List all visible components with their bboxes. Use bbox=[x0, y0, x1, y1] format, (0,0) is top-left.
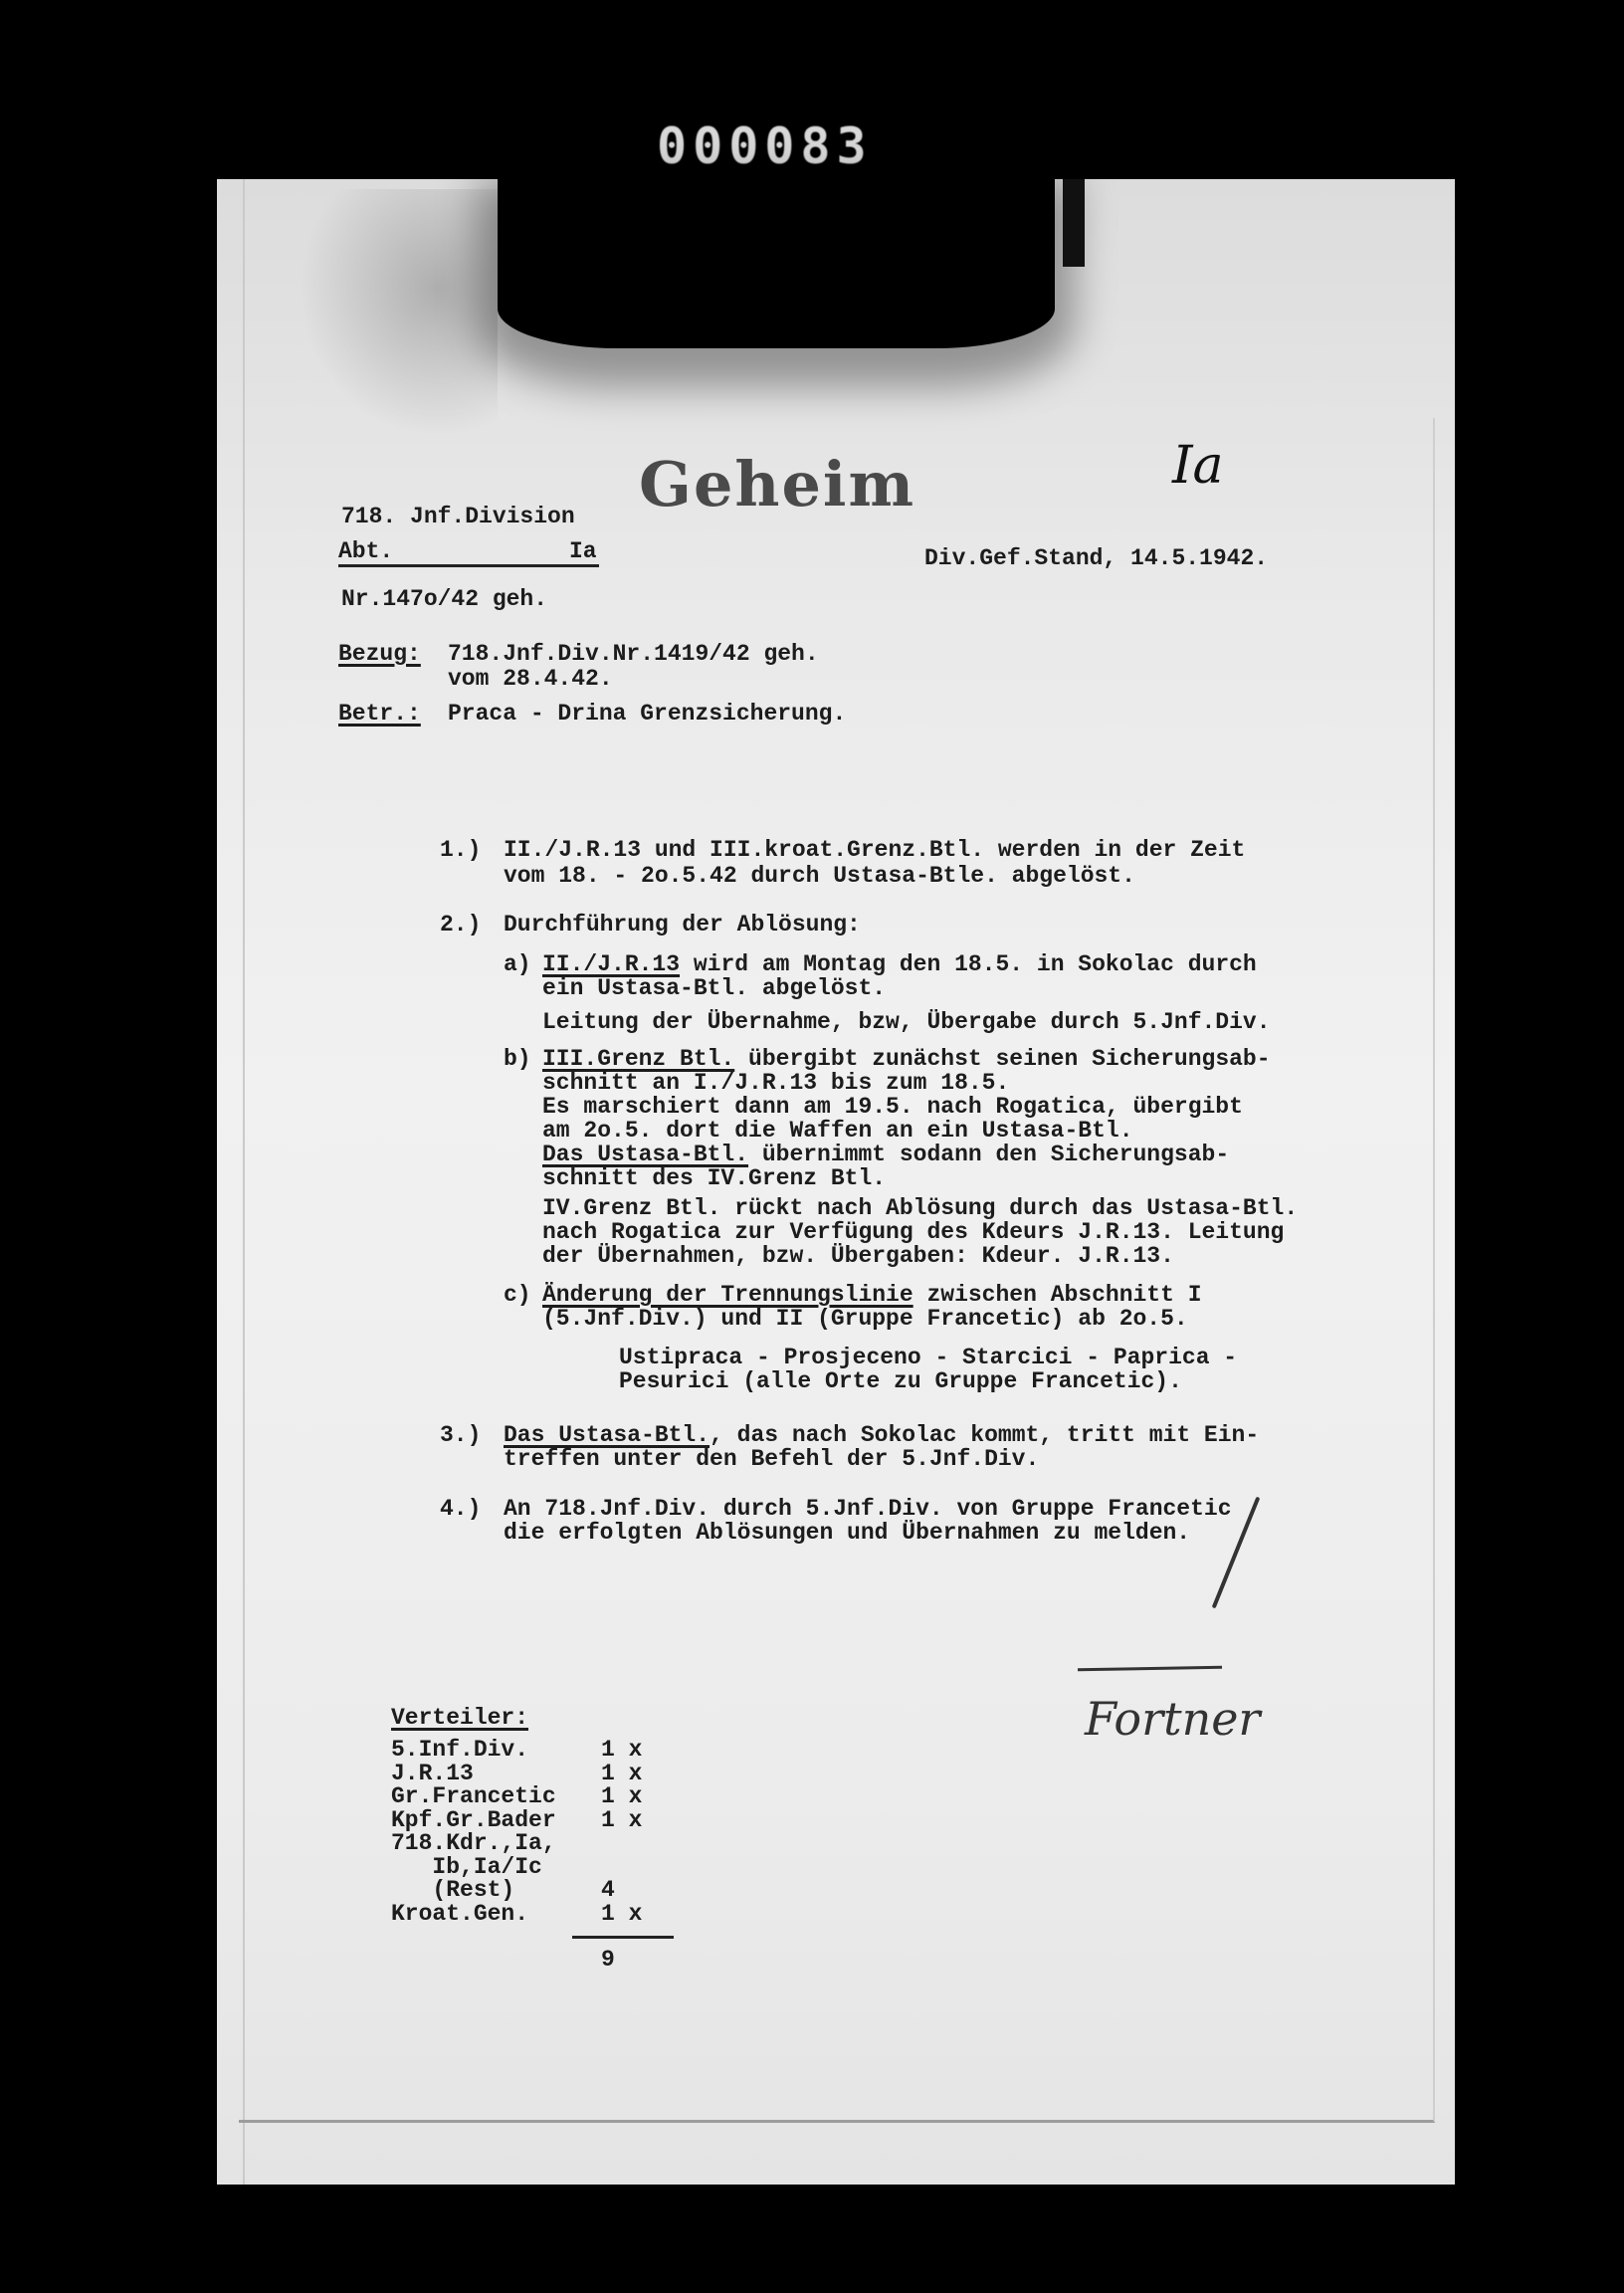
item-b-line-9: der Übernahmen, bzw. Übergaben: Kdeur. J… bbox=[542, 1242, 1174, 1270]
distribution-count: 1 x bbox=[601, 1900, 642, 1928]
paragraph-2-number: 2.) bbox=[440, 911, 481, 938]
reference-line-2: vom 28.4.42. bbox=[448, 665, 613, 693]
document-number: Nr.147o/42 geh. bbox=[341, 585, 547, 613]
item-b-line-6: schnitt des IV.Grenz Btl. bbox=[542, 1164, 886, 1192]
unit-name: 718. Jnf.Division bbox=[341, 503, 575, 530]
secret-stamp: Geheim bbox=[639, 448, 915, 521]
item-a-line-2: ein Ustasa-Btl. abgelöst. bbox=[542, 974, 886, 1002]
handwritten-ia-mark: Ia bbox=[1172, 436, 1224, 496]
paragraph-1-number: 1.) bbox=[440, 836, 481, 864]
binder-clip bbox=[498, 179, 1055, 348]
distribution-count: 1 x bbox=[601, 1806, 642, 1834]
item-b-label: b) bbox=[504, 1045, 531, 1073]
item-c-label: c) bbox=[504, 1281, 531, 1309]
distribution-total-line bbox=[572, 1936, 674, 1939]
item-c-line-4: Pesurici (alle Orte zu Gruppe Francetic)… bbox=[619, 1367, 1182, 1395]
paragraph-4-line: die erfolgten Ablösungen und Übernahmen … bbox=[504, 1519, 1190, 1547]
location-date: Div.Gef.Stand, 14.5.1942. bbox=[924, 544, 1268, 572]
department-underline bbox=[338, 564, 599, 567]
item-c-line-2: (5.Jnf.Div.) und II (Gruppe Francetic) a… bbox=[542, 1305, 1188, 1333]
paragraph-1-line: vom 18. - 2o.5.42 durch Ustasa-Btle. abg… bbox=[504, 862, 1135, 890]
paragraph-3-line-2: treffen unter den Befehl der 5.Jnf.Div. bbox=[504, 1445, 1039, 1473]
clip-shadow bbox=[299, 189, 498, 438]
paragraph-3-number: 3.) bbox=[440, 1421, 481, 1449]
department-value: Ia bbox=[569, 537, 597, 565]
item-a-label: a) bbox=[504, 950, 531, 978]
subject-label: Betr.: bbox=[338, 700, 421, 728]
paragraph-2-title: Durchführung der Ablösung: bbox=[504, 911, 861, 938]
item-a-line-3: Leitung der Übernahme, bzw, Übergabe dur… bbox=[542, 1008, 1271, 1036]
distribution-total: 9 bbox=[601, 1946, 615, 1974]
distribution-title: Verteiler: bbox=[391, 1704, 528, 1732]
signature: Fortner bbox=[1085, 1692, 1260, 1746]
subject-text: Praca - Drina Grenzsicherung. bbox=[448, 700, 846, 728]
reference-label: Bezug: bbox=[338, 640, 421, 668]
binder-clip-tab bbox=[1063, 179, 1085, 267]
reference-line-1: 718.Jnf.Div.Nr.1419/42 geh. bbox=[448, 640, 819, 668]
distribution-recipient: Kroat.Gen. bbox=[391, 1900, 528, 1928]
paragraph-1-line: II./J.R.13 und III.kroat.Grenz.Btl. werd… bbox=[504, 836, 1245, 864]
paragraph-4-number: 4.) bbox=[440, 1495, 481, 1523]
department-label: Abt. bbox=[338, 537, 393, 565]
archive-frame-number: 000083 bbox=[657, 117, 873, 175]
